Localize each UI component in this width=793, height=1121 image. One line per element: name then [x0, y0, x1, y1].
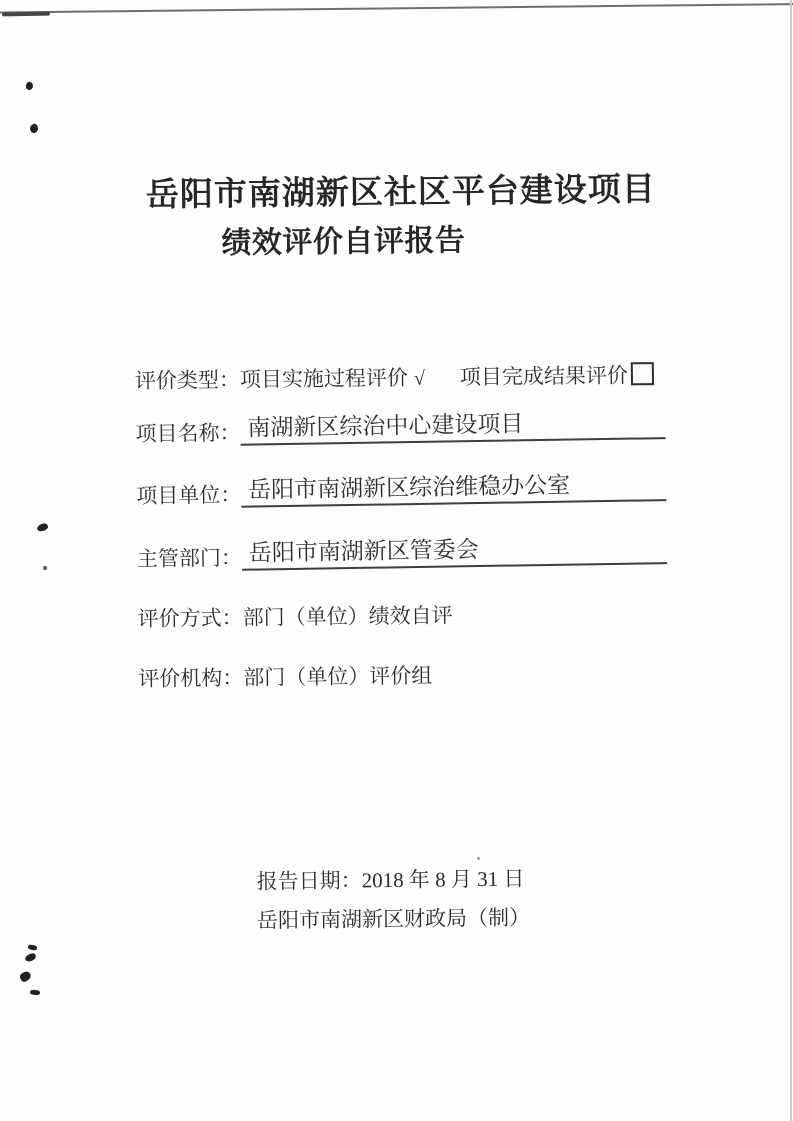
evaluation-type-label: 评价类型：: [135, 368, 240, 393]
evaluation-method-value: 部门（单位）绩效自评: [243, 603, 453, 629]
document-title-line1: 岳阳市南湖新区社区平台建设项目: [146, 163, 657, 216]
project-name-label: 项目名称：: [135, 421, 240, 446]
field-evaluation-agency: 评价机构：部门（单位）评价组: [138, 660, 432, 693]
evaluation-agency-label: 评价机构：: [138, 666, 243, 691]
field-project-unit: 项目单位：岳阳市南湖新区综治维稳办公室: [136, 471, 666, 513]
report-date-value: 2018 年 8 月 31 日: [361, 867, 524, 893]
field-competent-department: 主管部门：岳阳市南湖新区管委会: [137, 534, 667, 576]
project-unit-value: 岳阳市南湖新区综治维稳办公室: [241, 465, 667, 508]
field-evaluation-type: 评价类型：项目实施过程评价√项目完成结果评价: [135, 359, 654, 395]
evaluation-type-option-process: 项目实施过程评价: [240, 366, 408, 392]
competent-department-value: 岳阳市南湖新区管委会: [242, 528, 668, 571]
report-issuer-line: 岳阳市南湖新区财政局（制）: [257, 902, 530, 935]
document-title-line2: 绩效评价自评报告: [221, 215, 465, 262]
document-content: 岳阳市南湖新区社区平台建设项目 绩效评价自评报告 评价类型：项目实施过程评价√项…: [0, 0, 793, 1121]
scanned-document-page: 岳阳市南湖新区社区平台建设项目 绩效评价自评报告 评价类型：项目实施过程评价√项…: [0, 0, 793, 1121]
report-date-label: 报告日期：: [256, 868, 361, 893]
project-unit-label: 项目单位：: [136, 483, 241, 508]
report-date-line: 报告日期：2018 年 8 月 31 日: [256, 863, 524, 896]
project-name-value: 南湖新区综治中心建设项目: [240, 403, 666, 446]
empty-checkbox-icon: [631, 362, 654, 385]
field-evaluation-method: 评价方式：部门（单位）绩效自评: [137, 599, 452, 633]
evaluation-method-label: 评价方式：: [138, 606, 243, 631]
report-issuer-value: 岳阳市南湖新区财政局（制）: [257, 906, 530, 933]
field-project-name: 项目名称：南湖新区综治中心建设项目: [135, 409, 665, 451]
competent-department-label: 主管部门：: [137, 546, 242, 571]
evaluation-type-option-result: 项目完成结果评价: [460, 363, 628, 389]
checkmark-icon: √: [414, 368, 425, 390]
evaluation-agency-value: 部门（单位）评价组: [243, 664, 432, 690]
